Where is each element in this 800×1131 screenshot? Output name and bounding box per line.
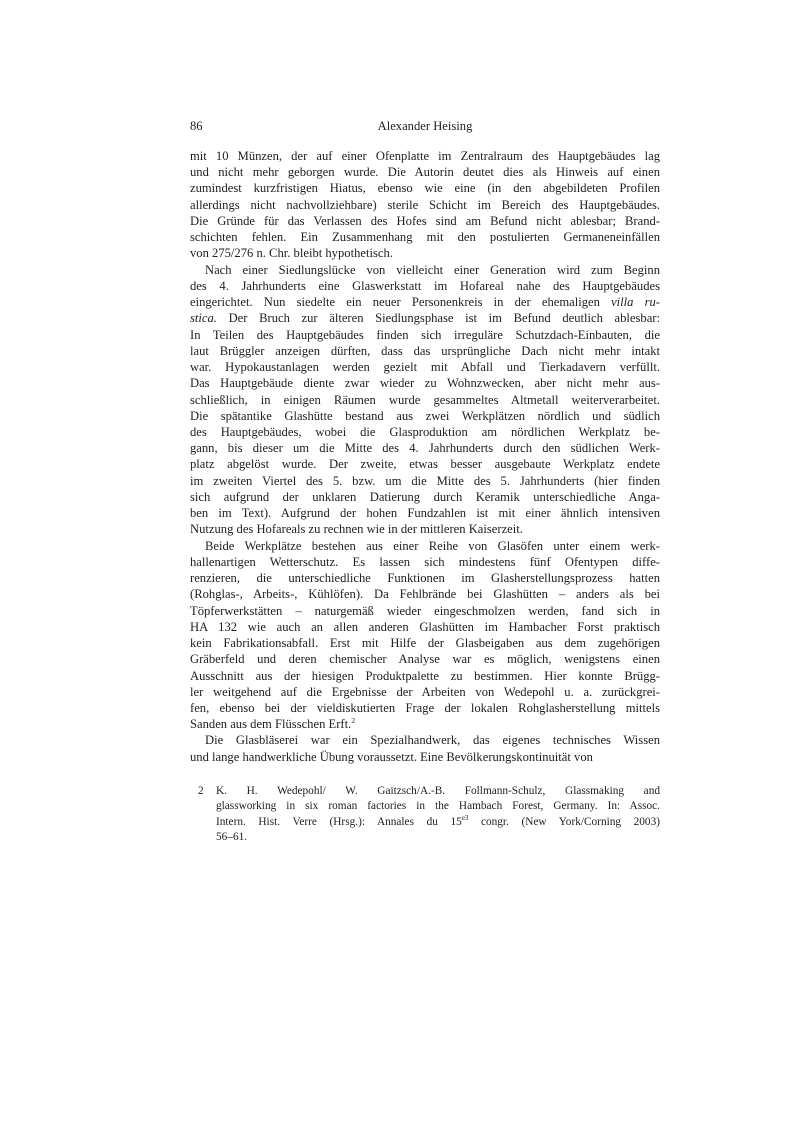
text-line: von 275/276 n. Chr. bleibt hypothetisch. (190, 245, 660, 261)
text-line: platz abgelöst wurde. Der zweite, etwas … (190, 456, 660, 472)
text-line: Das Hauptgebäude diente zwar wieder zu W… (190, 375, 660, 391)
text-segment: Die Gründe für das Verlassen des Hofes s… (190, 214, 660, 228)
text-segment: kein Fabrikationsabfall. Erst mit Hilfe … (190, 636, 660, 650)
text-line: ler weitgehend auf die Ergebnisse der Ar… (190, 684, 660, 700)
text-line: Gräberfeld und deren chemischer Analyse … (190, 651, 660, 667)
text-line: und nicht mehr geborgen wurde. Die Autor… (190, 164, 660, 180)
text-segment: fen, ebenso bei der vieldiskutierten Fra… (190, 701, 660, 715)
text-segment: Die Glasbläserei war ein Spezialhandwerk… (205, 733, 660, 747)
text-line: des Hauptgebäudes, wobei die Glasprodukt… (190, 424, 660, 440)
text-line: zumindest kurzfristigen Hiatus, ebenso w… (190, 180, 660, 196)
text-segment: und nicht mehr geborgen wurde. Die Autor… (190, 165, 660, 179)
text-segment: des Hauptgebäudes, wobei die Glasprodukt… (190, 425, 660, 439)
text-segment: Beide Werkplätze bestehen aus einer Reih… (205, 539, 660, 553)
text-segment: Der Bruch zur älteren Siedlungsphase ist… (217, 311, 660, 325)
text-segment: (Rohglas-, Arbeits-, Kühlöfen). Da Fehlb… (190, 587, 660, 601)
text-line: 56–61. (216, 830, 660, 845)
text-segment: Nach einer Siedlungslücke von vielleicht… (205, 263, 660, 277)
text-line: schichten fehlen. Ein Zusammenhang mit d… (190, 229, 660, 245)
text-line: allerdings nicht nachvollziehbare) steri… (190, 197, 660, 213)
text-line: Ausschnitt aus der hiesigen Produktpalet… (190, 668, 660, 684)
paragraph: mit 10 Münzen, der auf einer Ofenplatte … (190, 148, 660, 262)
paragraph: Beide Werkplätze bestehen aus einer Reih… (190, 538, 660, 733)
text-segment: villa ru- (611, 295, 660, 309)
text-line: im zweiten Viertel des 5. bzw. um die Mi… (190, 473, 660, 489)
running-header: 86 Alexander Heising (190, 118, 660, 136)
footnote-text: K. H. Wedepohl/ W. Gaitzsch/A.-B. Follma… (216, 784, 660, 846)
document-page: 86 Alexander Heising mit 10 Münzen, der … (0, 0, 800, 1131)
running-title: Alexander Heising (190, 118, 660, 134)
text-segment: ben im Text). Aufgrund der hohen Fundzah… (190, 506, 660, 520)
text-line: fen, ebenso bei der vieldiskutierten Fra… (190, 700, 660, 716)
footnote-number: 2 (198, 784, 216, 846)
text-segment: 56–61. (216, 831, 247, 843)
text-segment: im zweiten Viertel des 5. bzw. um die Mi… (190, 474, 660, 488)
text-segment: Gräberfeld und deren chemischer Analyse … (190, 652, 660, 666)
text-segment: zumindest kurzfristigen Hiatus, ebenso w… (190, 181, 660, 195)
text-segment: Intern. Hist. Verre (Hrsg.): Annales du … (216, 816, 462, 828)
text-line: des 4. Jahrhunderts eine Glaswerkstatt i… (190, 278, 660, 294)
text-segment: eingerichtet. Nun siedelte ein neuer Per… (190, 295, 611, 309)
text-segment: laut Brüggler anzeigen dürften, dass das… (190, 344, 660, 358)
text-segment: gann, bis dieser um die Mitte des 4. Jah… (190, 441, 660, 455)
paragraph: Die Glasbläserei war ein Spezialhandwerk… (190, 732, 660, 764)
page-number: 86 (190, 118, 203, 134)
text-segment: von 275/276 n. Chr. bleibt hypothetisch. (190, 246, 393, 260)
text-line: Die Gründe für das Verlassen des Hofes s… (190, 213, 660, 229)
text-segment: Die spätantike Glashütte bestand aus zwe… (190, 409, 660, 423)
text-segment: In Teilen des Hauptgebäudes finden sich … (190, 328, 660, 342)
text-line: Nach einer Siedlungslücke von vielleicht… (190, 262, 660, 278)
text-segment: schichten fehlen. Ein Zusammenhang mit d… (190, 230, 660, 244)
text-line: mit 10 Münzen, der auf einer Ofenplatte … (190, 148, 660, 164)
text-line: HA 132 wie auch an allen anderen Glashüt… (190, 619, 660, 635)
text-line: eingerichtet. Nun siedelte ein neuer Per… (190, 294, 660, 310)
text-segment: allerdings nicht nachvollziehbare) steri… (190, 198, 660, 212)
text-segment: glassworking in six roman factories in t… (216, 800, 660, 812)
text-line: K. H. Wedepohl/ W. Gaitzsch/A.-B. Follma… (216, 784, 660, 799)
text-segment: Sanden aus dem Flüsschen Erft. (190, 717, 351, 731)
text-line: sich aufgrund der unklaren Datierung dur… (190, 489, 660, 505)
text-segment: schließlich, in einigen Räumen wurde ges… (190, 393, 660, 407)
paragraph: Nach einer Siedlungslücke von vielleicht… (190, 262, 660, 538)
text-segment: Töpferwerkstätten – naturgemäß wieder ei… (190, 604, 660, 618)
text-line: schließlich, in einigen Räumen wurde ges… (190, 392, 660, 408)
text-line: Töpferwerkstätten – naturgemäß wieder ei… (190, 603, 660, 619)
text-segment: Das Hauptgebäude diente zwar wieder zu W… (190, 376, 660, 390)
text-line: (Rohglas-, Arbeits-, Kühlöfen). Da Fehlb… (190, 586, 660, 602)
text-line: Intern. Hist. Verre (Hrsg.): Annales du … (216, 815, 660, 830)
text-line: stica. Der Bruch zur älteren Siedlungsph… (190, 310, 660, 326)
text-line: glassworking in six roman factories in t… (216, 799, 660, 814)
text-line: Sanden aus dem Flüsschen Erft.2 (190, 716, 660, 732)
text-line: Beide Werkplätze bestehen aus einer Reih… (190, 538, 660, 554)
body-text: mit 10 Münzen, der auf einer Ofenplatte … (190, 148, 660, 765)
text-line: gann, bis dieser um die Mitte des 4. Jah… (190, 440, 660, 456)
text-segment: stica. (190, 311, 217, 325)
text-segment: HA 132 wie auch an allen anderen Glashüt… (190, 620, 660, 634)
superscript-text: 2 (351, 716, 355, 725)
text-line: Nutzung des Hofareals zu rechnen wie in … (190, 521, 660, 537)
text-segment: congr. (New York/Corning 2003) (468, 816, 660, 828)
text-segment: Ausschnitt aus der hiesigen Produktpalet… (190, 669, 660, 683)
text-segment: sich aufgrund der unklaren Datierung dur… (190, 490, 660, 504)
text-segment: Nutzung des Hofareals zu rechnen wie in … (190, 522, 523, 536)
text-segment: mit 10 Münzen, der auf einer Ofenplatte … (190, 149, 660, 163)
text-segment: renzieren, die unterschiedliche Funktion… (190, 571, 660, 585)
text-line: kein Fabrikationsabfall. Erst mit Hilfe … (190, 635, 660, 651)
text-segment: ler weitgehend auf die Ergebnisse der Ar… (190, 685, 660, 699)
text-line: und lange handwerkliche Übung voraussetz… (190, 749, 660, 765)
text-segment: platz abgelöst wurde. Der zweite, etwas … (190, 457, 660, 471)
text-line: Die Glasbläserei war ein Spezialhandwerk… (190, 732, 660, 748)
text-line: hallenartigen Wetterschutz. Es lassen si… (190, 554, 660, 570)
text-line: renzieren, die unterschiedliche Funktion… (190, 570, 660, 586)
text-line: Die spätantike Glashütte bestand aus zwe… (190, 408, 660, 424)
text-line: war. Hypokaustanlagen werden gezielt mit… (190, 359, 660, 375)
text-line: In Teilen des Hauptgebäudes finden sich … (190, 327, 660, 343)
text-segment: war. Hypokaustanlagen werden gezielt mit… (190, 360, 660, 374)
footnote: 2 K. H. Wedepohl/ W. Gaitzsch/A.-B. Foll… (198, 784, 660, 846)
text-segment: K. H. Wedepohl/ W. Gaitzsch/A.-B. Follma… (216, 785, 660, 797)
text-segment: und lange handwerkliche Übung voraussetz… (190, 750, 593, 764)
text-line: laut Brüggler anzeigen dürften, dass das… (190, 343, 660, 359)
text-segment: des 4. Jahrhunderts eine Glaswerkstatt i… (190, 279, 660, 293)
text-line: ben im Text). Aufgrund der hohen Fundzah… (190, 505, 660, 521)
text-segment: hallenartigen Wetterschutz. Es lassen si… (190, 555, 660, 569)
